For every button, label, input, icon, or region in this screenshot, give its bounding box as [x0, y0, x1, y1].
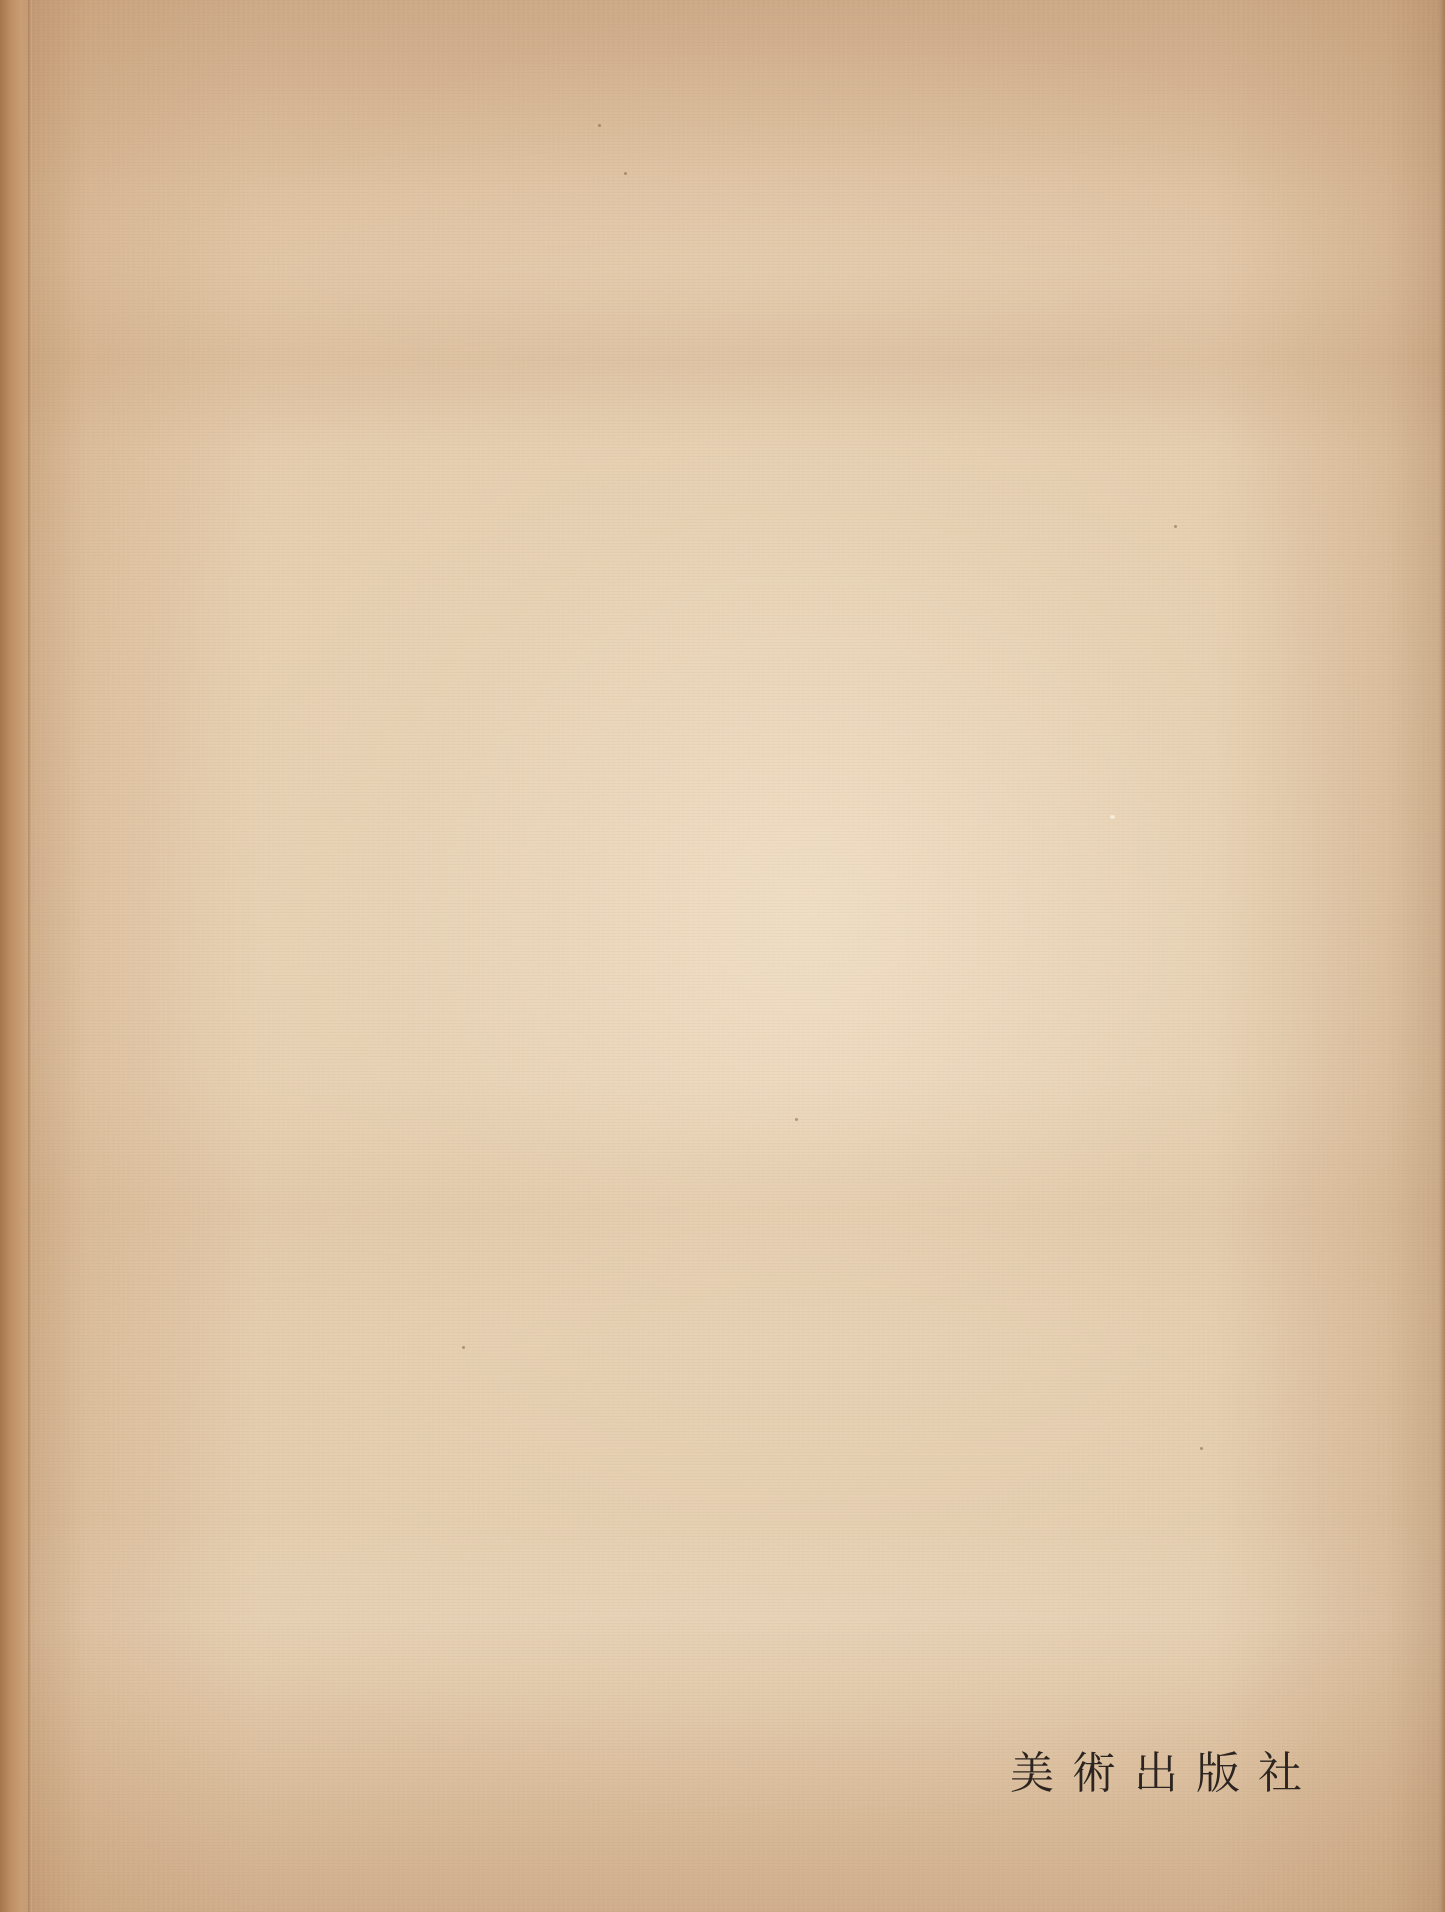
paper-speck	[795, 1118, 798, 1121]
right-edge	[1439, 0, 1445, 1912]
book-cover: 美術出版社	[0, 0, 1445, 1912]
shadow-band	[0, 1080, 1445, 1340]
highlight-band	[0, 1520, 1445, 1720]
paper-texture	[0, 0, 1445, 1912]
paper-speck	[1200, 1447, 1203, 1450]
paper-speck	[598, 124, 601, 127]
shadow-band	[0, 270, 1445, 450]
paper-speck	[462, 1346, 465, 1349]
edge-vignette	[0, 0, 1445, 1912]
paper-speck	[1174, 525, 1177, 528]
publisher-name: 美術出版社	[1010, 1752, 1320, 1796]
hinge-line	[28, 0, 32, 1912]
paper-speck	[1110, 815, 1115, 819]
paper-speck	[624, 172, 627, 175]
book-spine	[0, 0, 30, 1912]
